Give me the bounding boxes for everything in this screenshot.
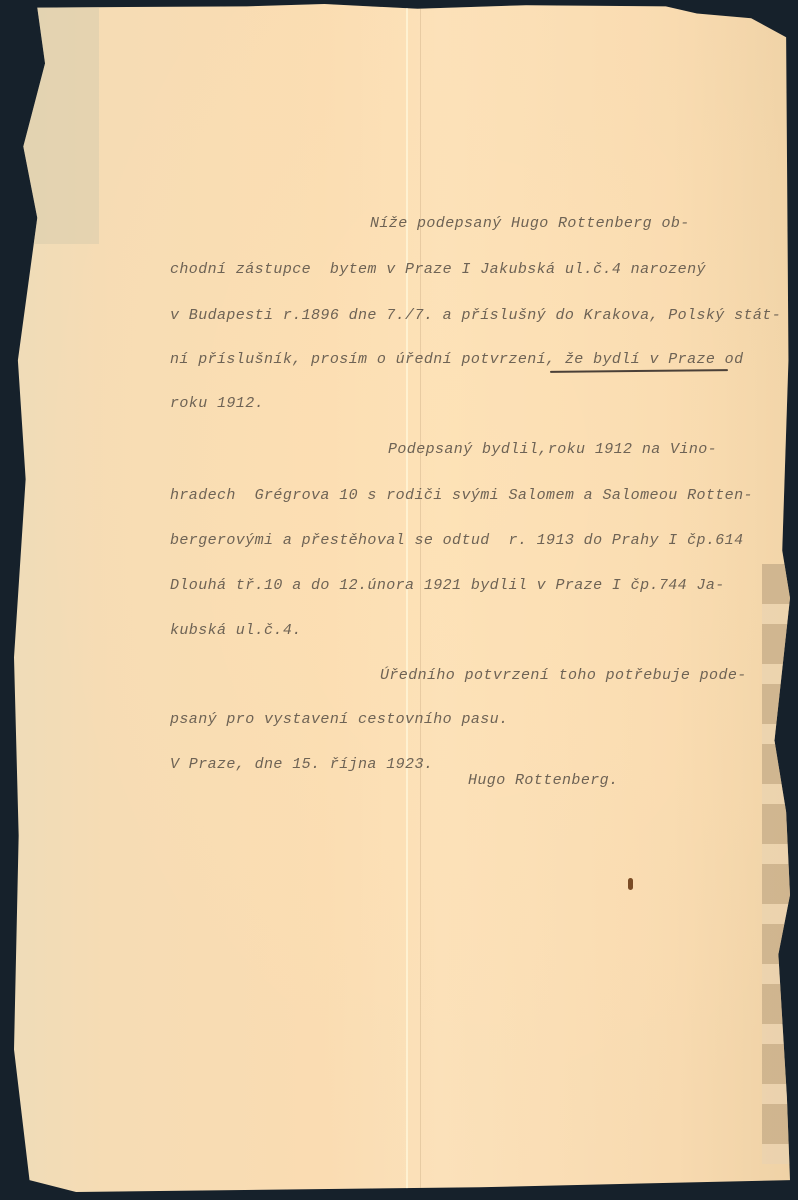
text-line-5: roku 1912. [170, 396, 264, 411]
signature: Hugo Rottenberg. [468, 773, 618, 788]
paper-fold [406, 4, 408, 1192]
place-date: V Praze, dne 15. října 1923. [170, 757, 433, 772]
text-line-9: Dlouhá tř.10 a do 12.února 1921 bydlil v… [170, 578, 725, 593]
text-line-10: kubská ul.č.4. [170, 623, 302, 638]
text-line-8: bergerovými a přestěhoval se odtud r. 19… [170, 533, 744, 548]
text-line-6: Podepsaný bydlil,roku 1912 na Vino- [388, 442, 717, 457]
text-line-7: hradech Grégrova 10 s rodiči svými Salom… [170, 488, 753, 503]
text-line-4: ní příslušník, prosím o úřední potvrzení… [170, 352, 744, 367]
text-line-2: chodní zástupce bytem v Praze I Jakubská… [170, 262, 706, 277]
water-stain [14, 4, 99, 244]
text-line-3: v Budapesti r.1896 dne 7./7. a příslušný… [170, 308, 781, 323]
paper-fold-shadow [420, 4, 421, 1192]
text-line-11: Úředního potvrzení toho potřebuje pode- [380, 668, 747, 683]
torn-edge-tape [762, 564, 790, 1164]
text-line-12: psaný pro vystavení cestovního pasu. [170, 712, 508, 727]
text-line-1: Níže podepsaný Hugo Rottenberg ob- [370, 216, 690, 231]
document-page [14, 4, 790, 1192]
ink-spot [628, 878, 633, 890]
